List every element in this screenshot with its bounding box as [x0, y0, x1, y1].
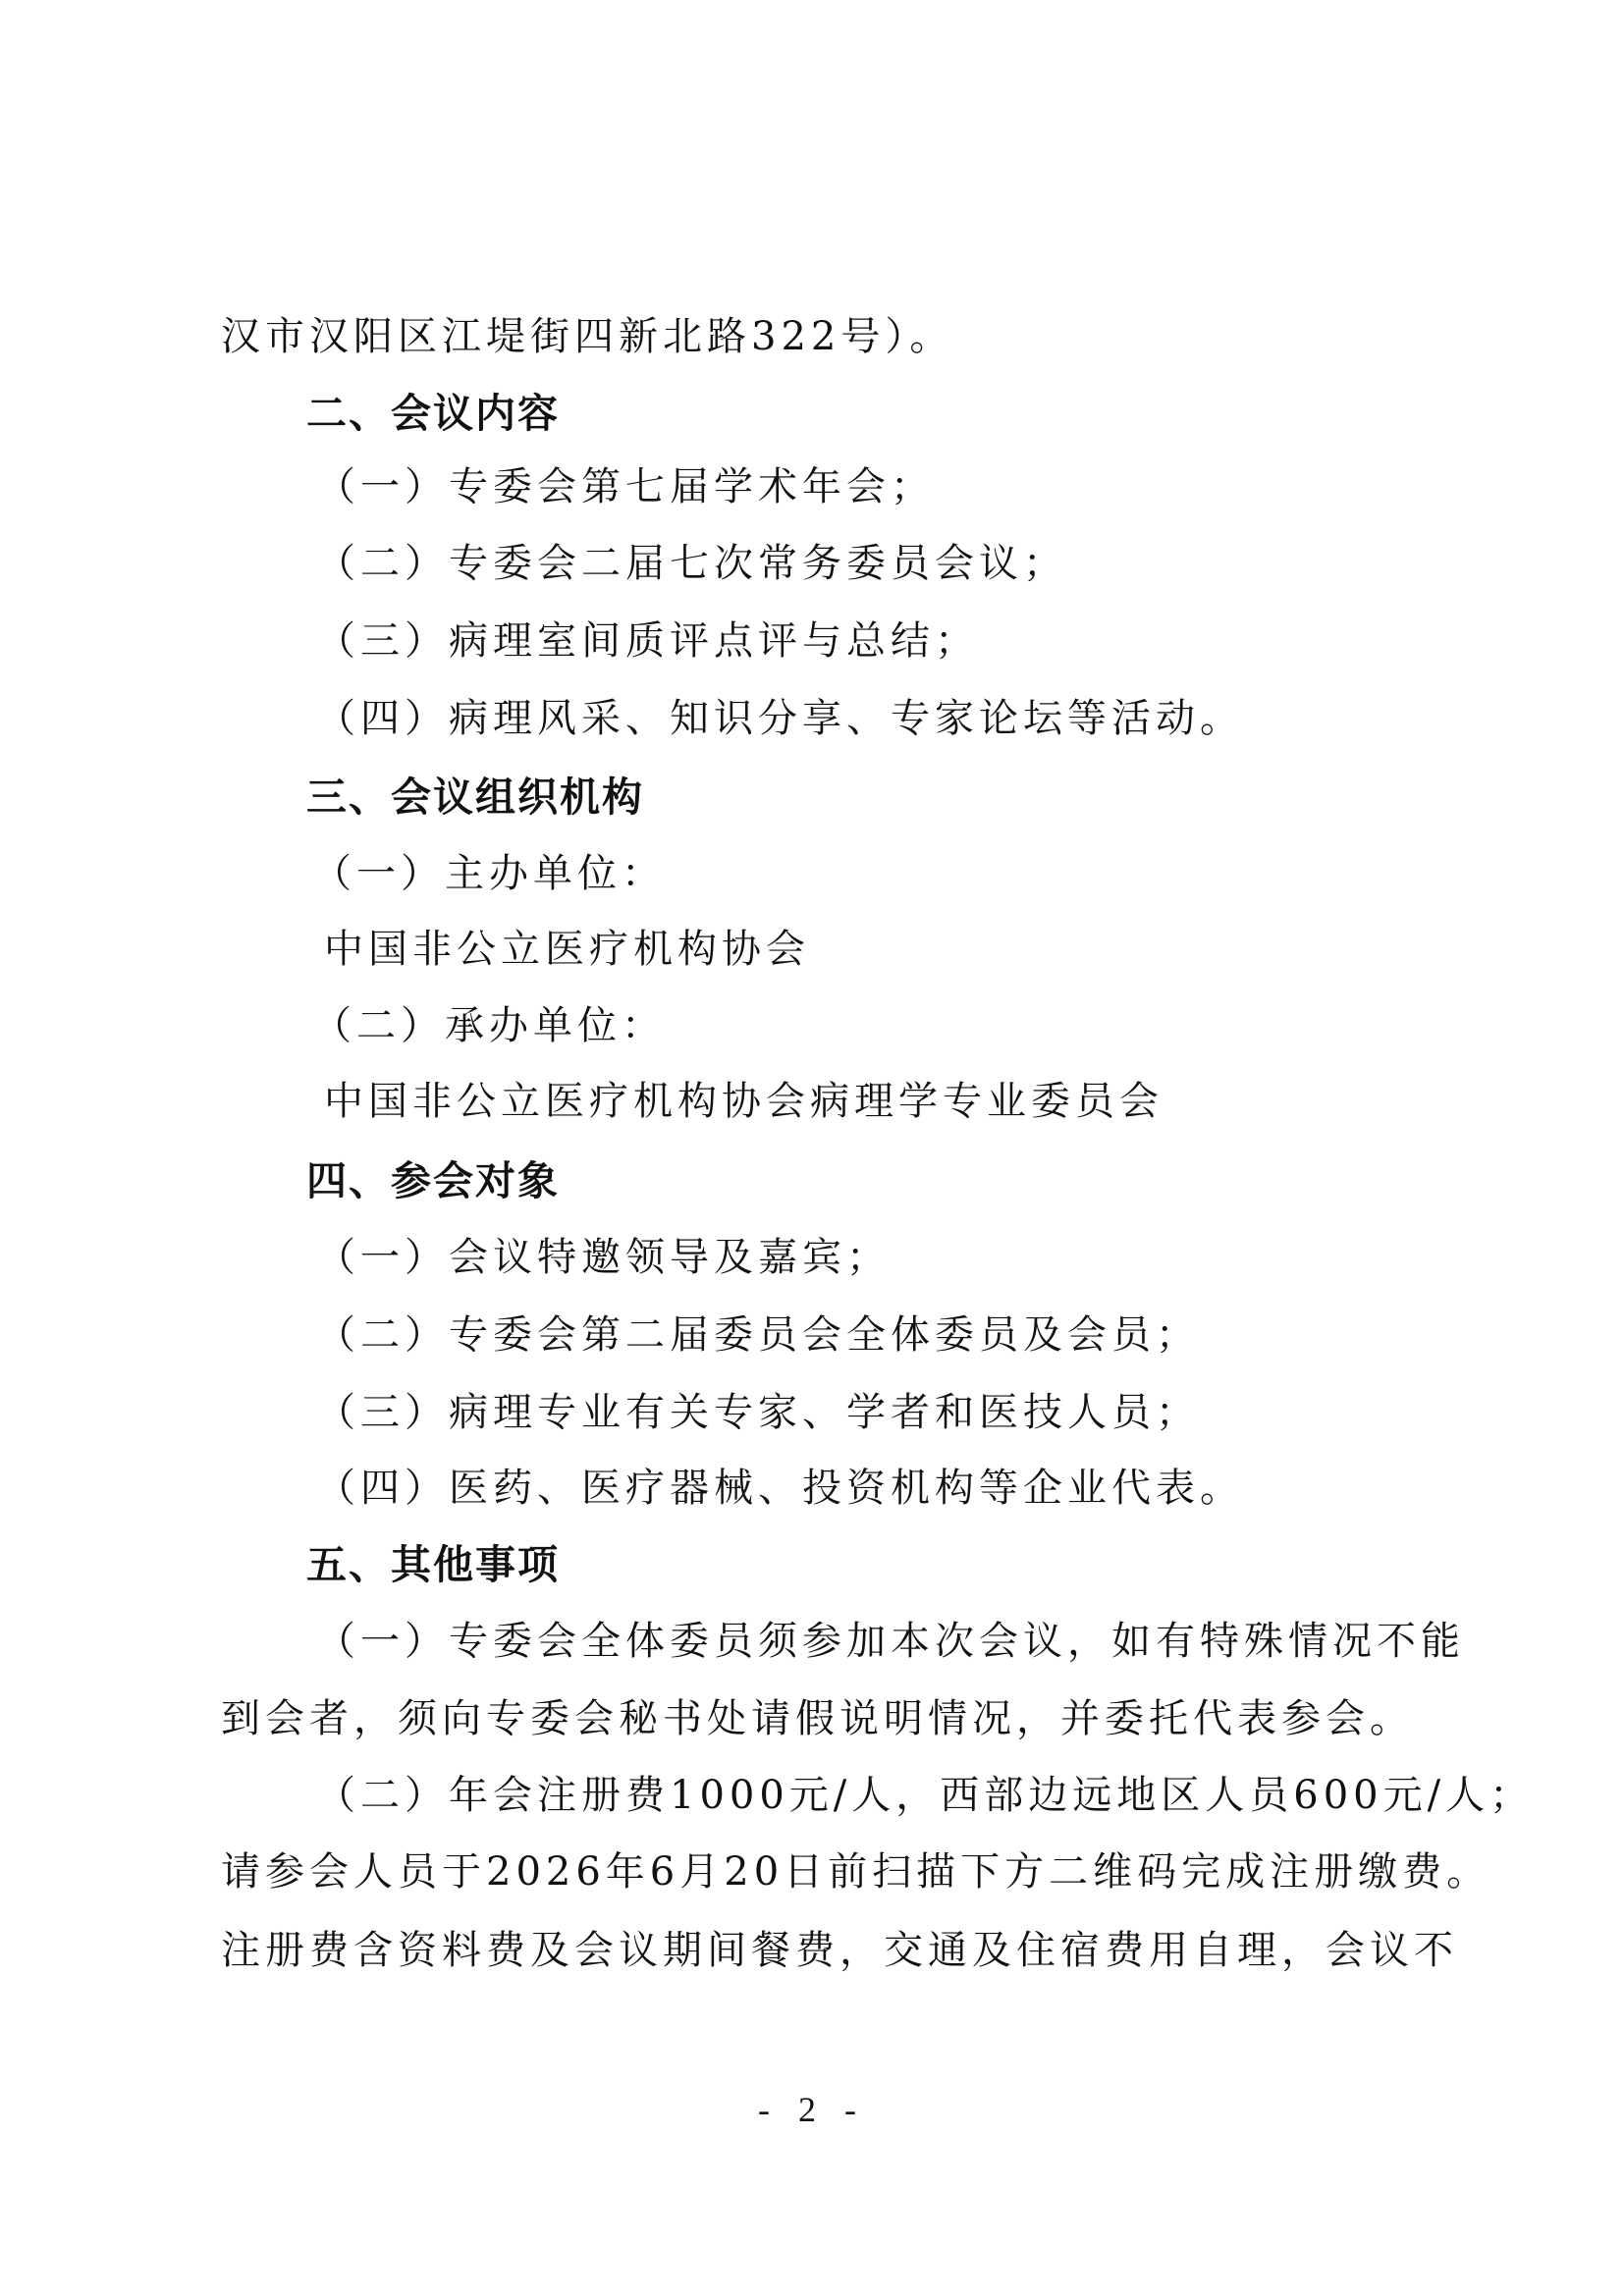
list-item: （四）医药、医疗器械、投资机构等企业代表。 [316, 1464, 1244, 1513]
list-item: （二）专委会二届七次常务委员会议； [316, 539, 1067, 588]
list-item: （三）病理室间质评点评与总结； [316, 616, 979, 666]
paragraph-line: （二）年会注册费1000元/人，西部边远地区人员600元/人； [316, 1771, 1534, 1820]
paragraph-line: （一）专委会全体委员须参加本次会议，如有特殊情况不能 [316, 1617, 1465, 1666]
section-heading: 二、会议内容 [306, 389, 560, 438]
paragraph-line: 注册费含资料费及会议期间餐费，交通及住宿费用自理，会议不 [221, 1926, 1458, 1975]
paragraph-line: 到会者，须向专委会秘书处请假说明情况，并委托代表参会。 [221, 1694, 1414, 1743]
paragraph-line: 请参会人员于2026年6月20日前扫描下方二维码完成注册缴费。 [221, 1847, 1490, 1896]
co-organizer-name: 中国非公立医疗机构协会病理学专业委员会 [324, 1077, 1164, 1126]
list-item: （二）专委会第二届委员会全体委员及会员； [316, 1310, 1200, 1360]
section-heading: 五、其他事项 [306, 1540, 560, 1589]
section-heading: 四、参会对象 [306, 1156, 560, 1205]
page-number: - 2 - [0, 2089, 1624, 2130]
list-item: （一）专委会第七届学术年会； [316, 462, 935, 511]
section-heading: 三、会议组织机构 [306, 773, 644, 822]
body-text-line: 汉市汉阳区江堤街四新北路322号）。 [221, 312, 953, 361]
list-item: （一）会议特邀领导及嘉宾； [316, 1233, 891, 1282]
sub-heading: （一）主办单位： [312, 849, 666, 898]
sub-heading: （二）承办单位： [312, 1001, 666, 1050]
organizer-name: 中国非公立医疗机构协会 [324, 925, 810, 974]
list-item: （三）病理专业有关专家、学者和医技人员； [316, 1388, 1200, 1437]
list-item: （四）病理风采、知识分享、专家论坛等活动。 [316, 694, 1244, 743]
